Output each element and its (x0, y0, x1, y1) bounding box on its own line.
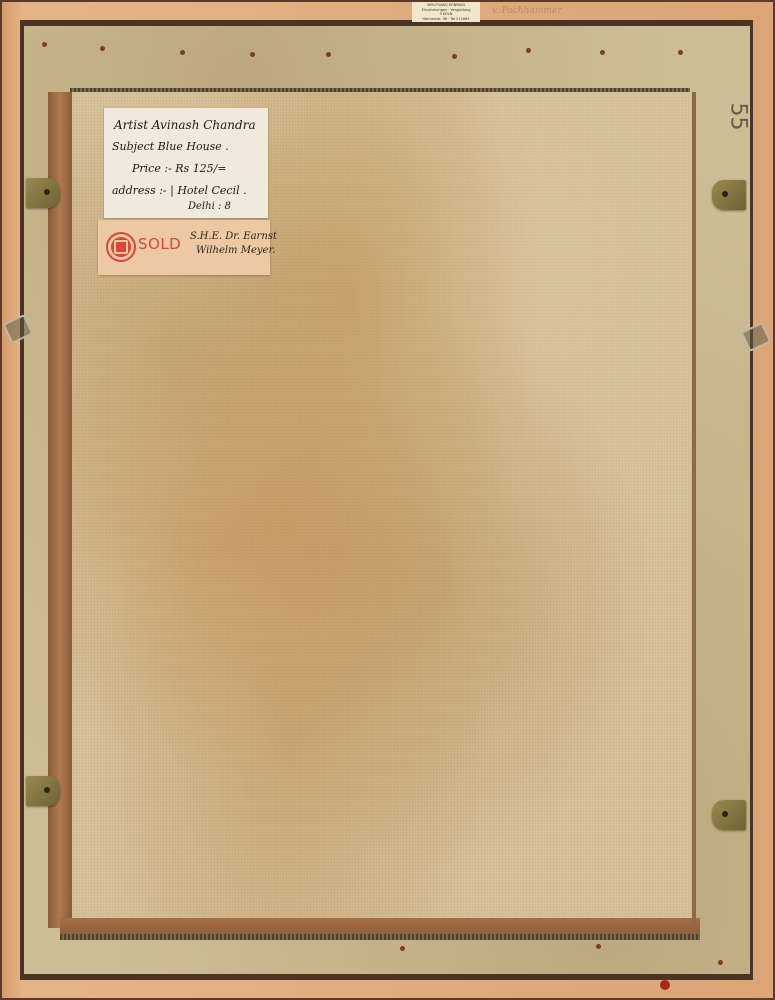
buyer-line-1: S.H.E. Dr. Earnst (190, 230, 277, 244)
artist-line: Artist Avinash Chandra (114, 118, 256, 134)
canvas-fringe-bottom (60, 934, 700, 940)
artwork-info-label: Artist Avinash Chandra Subject Blue Hous… (104, 108, 268, 218)
canvas-edge-right (692, 92, 696, 928)
tack-icon (100, 46, 105, 51)
tack-icon (596, 944, 601, 949)
address-line-1: address :- | Hotel Cecil . (112, 184, 247, 198)
mounting-bracket-icon (26, 178, 60, 208)
painting-back-scene: WOLFGANG KONRADI Einrahmungen · Vergoldu… (0, 0, 775, 1000)
address-line-2: Delhi : 8 (188, 200, 231, 213)
tack-icon (678, 50, 683, 55)
mounting-bracket-icon (712, 800, 746, 830)
subject-line: Subject Blue House . (112, 140, 229, 154)
buyer-name: S.H.E. Dr. Earnst Wilhelm Meyer. (190, 230, 277, 258)
framer-address: Hahnenstr. 36 · Tel 211663 (412, 17, 480, 22)
tack-icon (250, 52, 255, 57)
framer-label: WOLFGANG KONRADI Einrahmungen · Vergoldu… (412, 2, 480, 22)
pencil-inscription-top: v. Pochhammer (492, 6, 562, 16)
price-line: Price :- Rs 125/= (132, 162, 227, 176)
tack-icon (42, 42, 47, 47)
sold-label: SOLD S.H.E. Dr. Earnst Wilhelm Meyer. (98, 220, 270, 275)
tack-icon (326, 52, 331, 57)
pencil-number: 55 (726, 103, 751, 131)
tack-icon (718, 960, 723, 965)
auction-house-logo-icon (108, 234, 134, 260)
tack-icon (400, 946, 405, 951)
tack-icon (600, 50, 605, 55)
mounting-bracket-icon (26, 776, 60, 806)
red-paint-spot (660, 980, 670, 990)
mounting-bracket-icon (712, 180, 746, 210)
tack-icon (526, 48, 531, 53)
buyer-line-2: Wilhelm Meyer. (190, 244, 277, 258)
tack-icon (180, 50, 185, 55)
sold-stamp: SOLD (138, 235, 181, 253)
tack-icon (452, 54, 457, 59)
